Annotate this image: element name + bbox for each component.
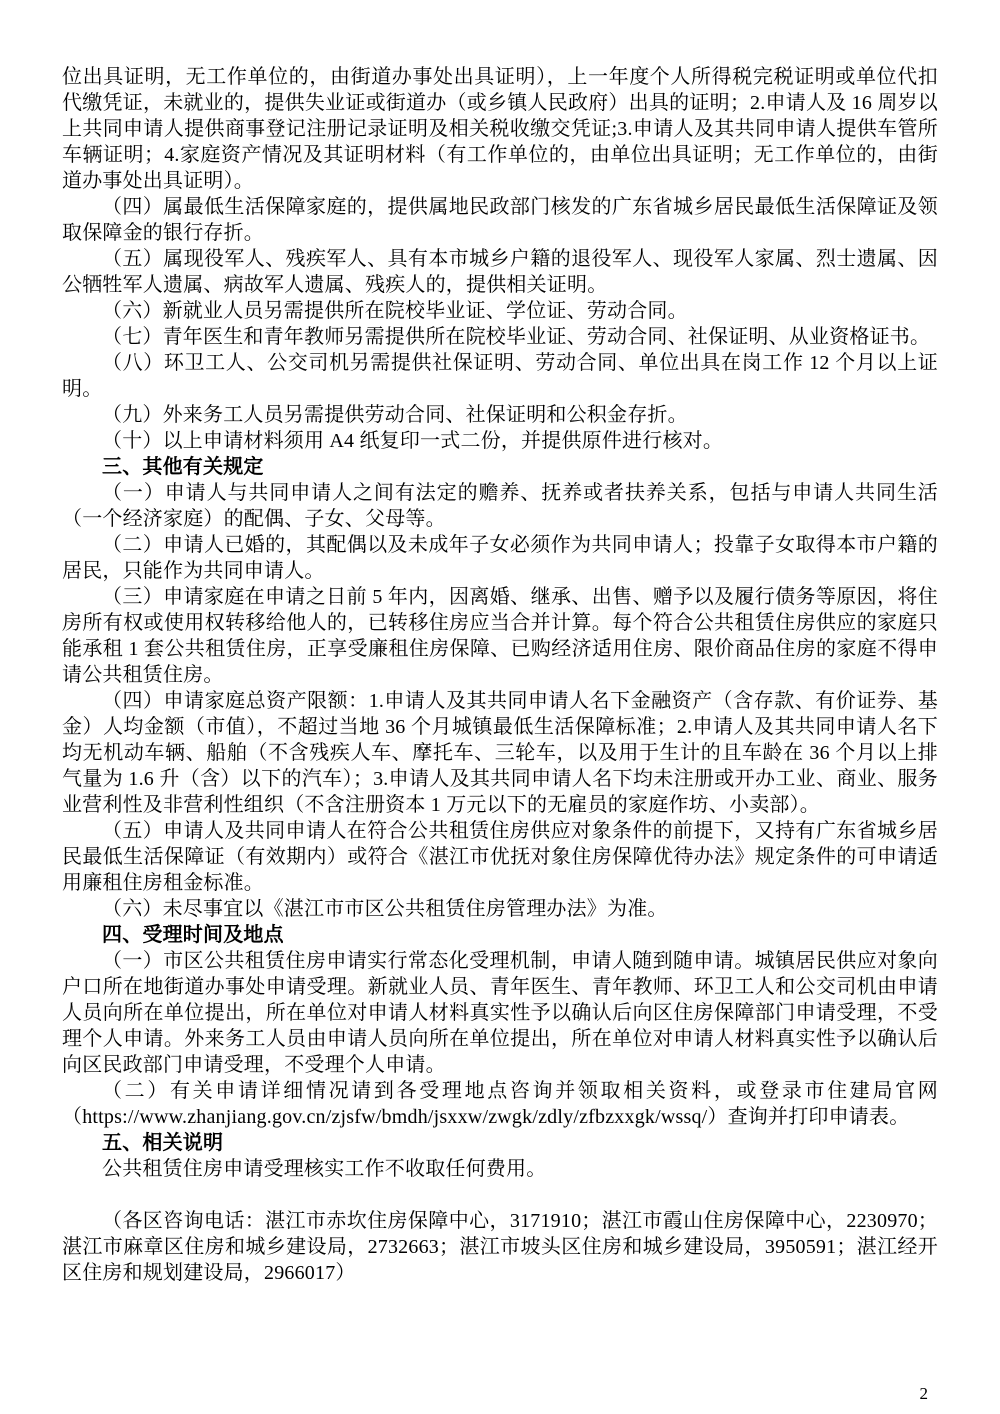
para-item-8-sanitation-bus-drivers: （八）环卫工人、公交司机另需提供社保证明、劳动合同、单位出具在岗工作 12 个月… <box>62 350 938 402</box>
para-3-4-asset-limits: （四）申请家庭总资产限额：1.申请人及其共同申请人名下金融资产（含存款、有价证券… <box>62 688 938 818</box>
para-5-no-fees: 公共租赁住房申请受理核实工作不收取任何费用。 <box>62 1156 938 1182</box>
para-contact-phones: （各区咨询电话：湛江市赤坎住房保障中心，3171910；湛江市霞山住房保障中心，… <box>62 1208 938 1286</box>
para-item-7-young-doctors-teachers: （七）青年医生和青年教师另需提供所在院校毕业证、劳动合同、社保证明、从业资格证书… <box>62 324 938 350</box>
para-item-6-new-employees: （六）新就业人员另需提供所在院校毕业证、学位证、劳动合同。 <box>62 298 938 324</box>
para-4-2-website-info: （二）有关申请详细情况请到各受理地点咨询并领取相关资料，或登录市住建局官网（ht… <box>62 1078 938 1130</box>
para-3-6-management-measures: （六）未尽事宜以《湛江市市区公共租赁住房管理办法》为准。 <box>62 896 938 922</box>
heading-section-3-other-provisions: 三、其他有关规定 <box>62 454 938 480</box>
para-item-9-migrant-workers: （九）外来务工人员另需提供劳动合同、社保证明和公积金存折。 <box>62 402 938 428</box>
heading-section-5-notes: 五、相关说明 <box>62 1130 938 1156</box>
document-page: 位出具证明，无工作单位的，由街道办事处出具证明），上一年度个人所得税完税证明或单… <box>0 0 1000 1414</box>
para-3-2-married-applicants: （二）申请人已婚的，其配偶以及未成年子女必须作为共同申请人；投靠子女取得本市户籍… <box>62 532 938 584</box>
para-3-5-lowrent-standard: （五）申请人及共同申请人在符合公共租赁住房供应对象条件的前提下，又持有广东省城乡… <box>62 818 938 896</box>
page-number: 2 <box>920 1384 929 1404</box>
para-3-3-housing-transfer: （三）申请家庭在申请之日前 5 年内，因离婚、继承、出售、赠予以及履行债务等原因… <box>62 584 938 688</box>
para-item-5-military: （五）属现役军人、残疾军人、具有本市城乡户籍的退役军人、现役军人家属、烈士遗属、… <box>62 246 938 298</box>
continuation-paragraph: 位出具证明，无工作单位的，由街道办事处出具证明），上一年度个人所得税完税证明或单… <box>62 64 938 194</box>
para-3-1-family-relations: （一）申请人与共同申请人之间有法定的赡养、抚养或者扶养关系，包括与申请人共同生活… <box>62 480 938 532</box>
heading-section-4-time-place: 四、受理时间及地点 <box>62 922 938 948</box>
para-item-4-subsistence-family: （四）属最低生活保障家庭的，提供属地民政部门核发的广东省城乡居民最低生活保障证及… <box>62 194 938 246</box>
para-item-10-a4-copies: （十）以上申请材料须用 A4 纸复印一式二份，并提供原件进行核对。 <box>62 428 938 454</box>
para-4-1-acceptance-mechanism: （一）市区公共租赁住房申请实行常态化受理机制，申请人随到随申请。城镇居民供应对象… <box>62 948 938 1078</box>
document-body: 位出具证明，无工作单位的，由街道办事处出具证明），上一年度个人所得税完税证明或单… <box>62 64 938 1286</box>
